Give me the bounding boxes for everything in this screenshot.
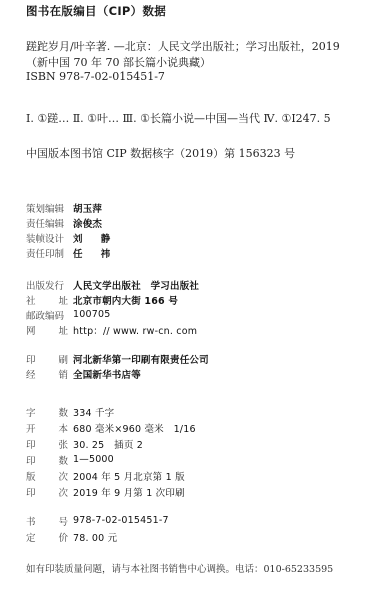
publisher-value: 人民文学出版社 学习出版社 [73,278,199,292]
book-number-value: 978-7-02-015451-7 [73,515,169,526]
cip-classification: Ⅰ. ①蹉… Ⅱ. ①叶… Ⅲ. ①长篇小说—中国—当代 Ⅳ. ①I247. 5 [26,110,331,126]
spec-label: 印张 [26,437,73,451]
address-row: 社址 北京市朝内大街 166 号 [26,292,178,307]
credit-label: 装帧设计 [26,231,73,245]
credit-value: 刘静 [73,231,110,245]
spec-value: 30. 25 插页 2 [73,437,143,451]
book-number-label: 书号 [26,514,73,528]
distributor-label: 经销 [26,367,73,381]
spec-row-word-count: 字数 334 千字 [26,404,114,419]
credit-label: 策划编辑 [26,201,73,215]
credit-row-planning-editor: 策划编辑 胡玉萍 [26,200,102,215]
cip-title: 图书在版编目（CIP）数据 [26,3,166,19]
spec-row-sheets: 印张 30. 25 插页 2 [26,436,143,451]
cip-series-line: （新中国 70 年 70 部长篇小说典藏） [26,54,211,70]
distributor-row: 经销 全国新华书店等 [26,366,141,381]
credit-row-cover-design: 装帧设计 刘静 [26,230,110,245]
credit-value: 涂俊杰 [73,216,102,230]
spec-row-print-run: 印数 1—5000 [26,452,114,467]
spec-label: 印数 [26,453,73,467]
book-number-row: 书号 978-7-02-015451-7 [26,513,169,528]
website-label: 网址 [26,323,73,337]
spec-label: 印次 [26,485,73,499]
cip-data-number: 中国版本图书馆 CIP 数据核字（2019）第 156323 号 [26,145,295,161]
spec-row-edition: 版次 2004 年 5 月北京第 1 版 [26,468,185,483]
address-label: 社址 [26,293,73,307]
credit-label: 责任编辑 [26,216,73,230]
quality-note: 如有印装质量问题，请与本社图书销售中心调换。电话：010-65233595 [26,561,333,575]
postal-code-label: 邮政编码 [26,308,73,322]
credit-label: 责任印制 [26,246,73,260]
spec-value: 334 千字 [73,405,114,419]
printer-label: 印刷 [26,352,73,366]
credit-value: 任祎 [73,246,110,260]
distributor-value: 全国新华书店等 [73,367,141,381]
publisher-label: 出版发行 [26,278,73,292]
postal-code-value: 100705 [73,309,110,320]
spec-value: 1—5000 [73,454,114,465]
spec-label: 版次 [26,469,73,483]
spec-value: 680 毫米×960 毫米 1/16 [73,421,196,435]
publisher-row: 出版发行 人民文学出版社 学习出版社 [26,277,199,292]
price-value: 78. 00 元 [73,530,117,544]
price-label: 定价 [26,530,73,544]
spec-value: 2019 年 9 月第 1 次印刷 [73,485,185,499]
printer-row: 印刷 河北新华第一印刷有限责任公司 [26,351,209,366]
spec-value: 2004 年 5 月北京第 1 版 [73,469,185,483]
postal-code-row: 邮政编码 100705 [26,307,110,322]
credit-value: 胡玉萍 [73,201,102,215]
cip-bibliographic-line: 蹉跎岁月/叶辛著. —北京：人民文学出版社；学习出版社，2019 [26,38,340,54]
website-row: 网址 http：// www. rw-cn. com [26,322,197,337]
spec-row-impression: 印次 2019 年 9 月第 1 次印刷 [26,484,185,499]
spec-label: 开本 [26,421,73,435]
spec-row-format: 开本 680 毫米×960 毫米 1/16 [26,420,196,435]
address-value: 北京市朝内大街 166 号 [73,293,178,307]
credit-row-responsible-editor: 责任编辑 涂俊杰 [26,215,102,230]
website-link[interactable]: http：// www. rw-cn. com [73,323,197,337]
spec-label: 字数 [26,405,73,419]
printer-value: 河北新华第一印刷有限责任公司 [73,352,209,366]
price-row: 定价 78. 00 元 [26,529,117,544]
cip-isbn-line: ISBN 978-7-02-015451-7 [26,70,165,83]
credit-row-print-manager: 责任印制 任祎 [26,245,110,260]
